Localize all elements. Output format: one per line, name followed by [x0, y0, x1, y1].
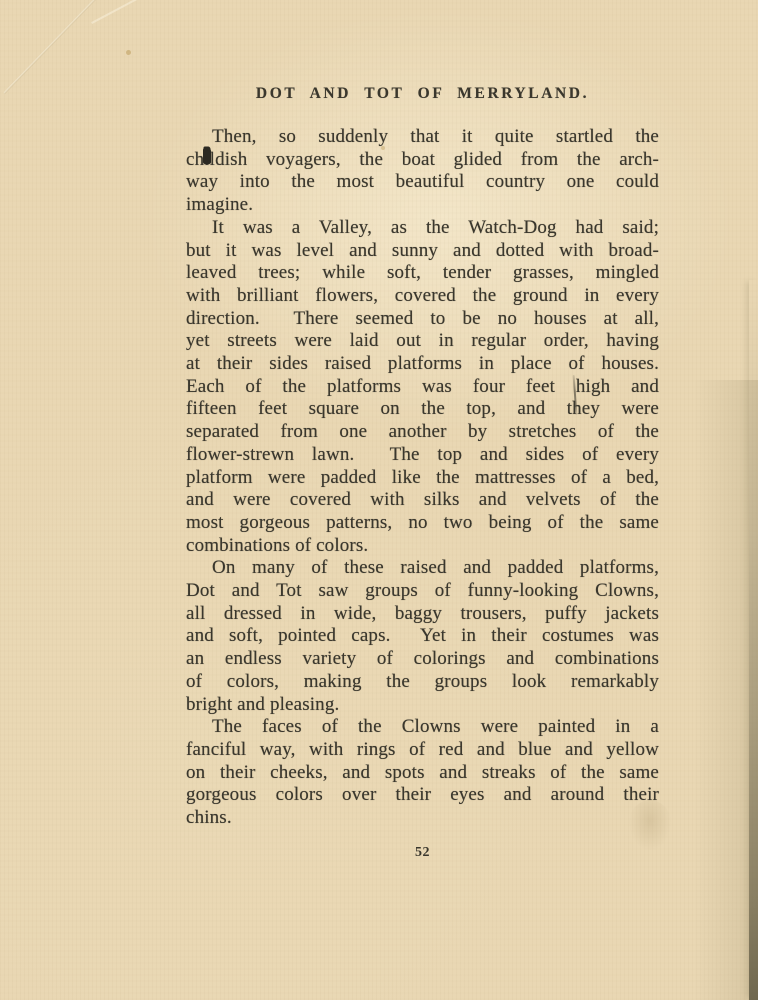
text-line: Dot and Tot saw groups of funny-looking … [186, 580, 659, 603]
text-line: imagine. [186, 194, 659, 217]
text-line: direction. There seemed to be no houses … [186, 308, 659, 331]
text-line: fifteen feet square on the top, and they… [186, 398, 659, 421]
running-header: DOT AND TOT OF MERRYLAND. [186, 85, 659, 103]
text-line: fanciful way, with rings of red and blue… [186, 739, 659, 762]
text-line: The faces of the Clowns were painted in … [186, 716, 659, 739]
ink-blot: i [204, 149, 209, 170]
paper-speck [126, 50, 131, 55]
text-line: and were covered with silks and velvets … [186, 489, 659, 512]
text-line: bright and pleasing. [186, 694, 659, 717]
text-line: Each of the platforms was four feet high… [186, 376, 659, 399]
text-line: It was a Valley, as the Watch-Dog had sa… [186, 217, 659, 240]
text-line: of colors, making the groups look remark… [186, 671, 659, 694]
text-line: and soft, pointed caps. Yet in their cos… [186, 625, 659, 648]
text-line: childish voyagers, the boat glided from … [186, 149, 659, 172]
text-line: Then, so suddenly that it quite startled… [186, 126, 659, 149]
text-line: but it was level and sunny and dotted wi… [186, 240, 659, 263]
text-line: with brilliant flowers, covered the grou… [186, 285, 659, 308]
paper-crease [3, 0, 96, 94]
text-line: chins. [186, 807, 659, 830]
text-line: on their cheeks, and spots and streaks o… [186, 762, 659, 785]
book-page-scan: DOT AND TOT OF MERRYLAND. Then, so sudde… [0, 0, 758, 1000]
paper-crease-upper [91, 0, 145, 23]
text-line: yet streets were laid out in regular ord… [186, 330, 659, 353]
text-line: On many of these raised and padded platf… [186, 557, 659, 580]
text-line: most gorgeous patterns, no two being of … [186, 512, 659, 535]
text-line: all dressed in wide, baggy trousers, puf… [186, 603, 659, 626]
page-number: 52 [186, 845, 659, 861]
text-line: flower-strewn lawn. The top and sides of… [186, 444, 659, 467]
text-line: separated from one another by stretches … [186, 421, 659, 444]
page-edge-shadow [749, 280, 758, 1000]
text-line: platform were padded like the mattresses… [186, 467, 659, 490]
text-line: an endless variety of colorings and comb… [186, 648, 659, 671]
text-line: at their sides raised platforms in place… [186, 353, 659, 376]
page-text: Then, so suddenly that it quite startled… [186, 126, 659, 830]
text-line: combinations of colors. [186, 535, 659, 558]
text-line: leaved trees; while soft, tender grasses… [186, 262, 659, 285]
text-line: gorgeous colors over their eyes and arou… [186, 784, 659, 807]
text-line: way into the most beautiful country one … [186, 171, 659, 194]
